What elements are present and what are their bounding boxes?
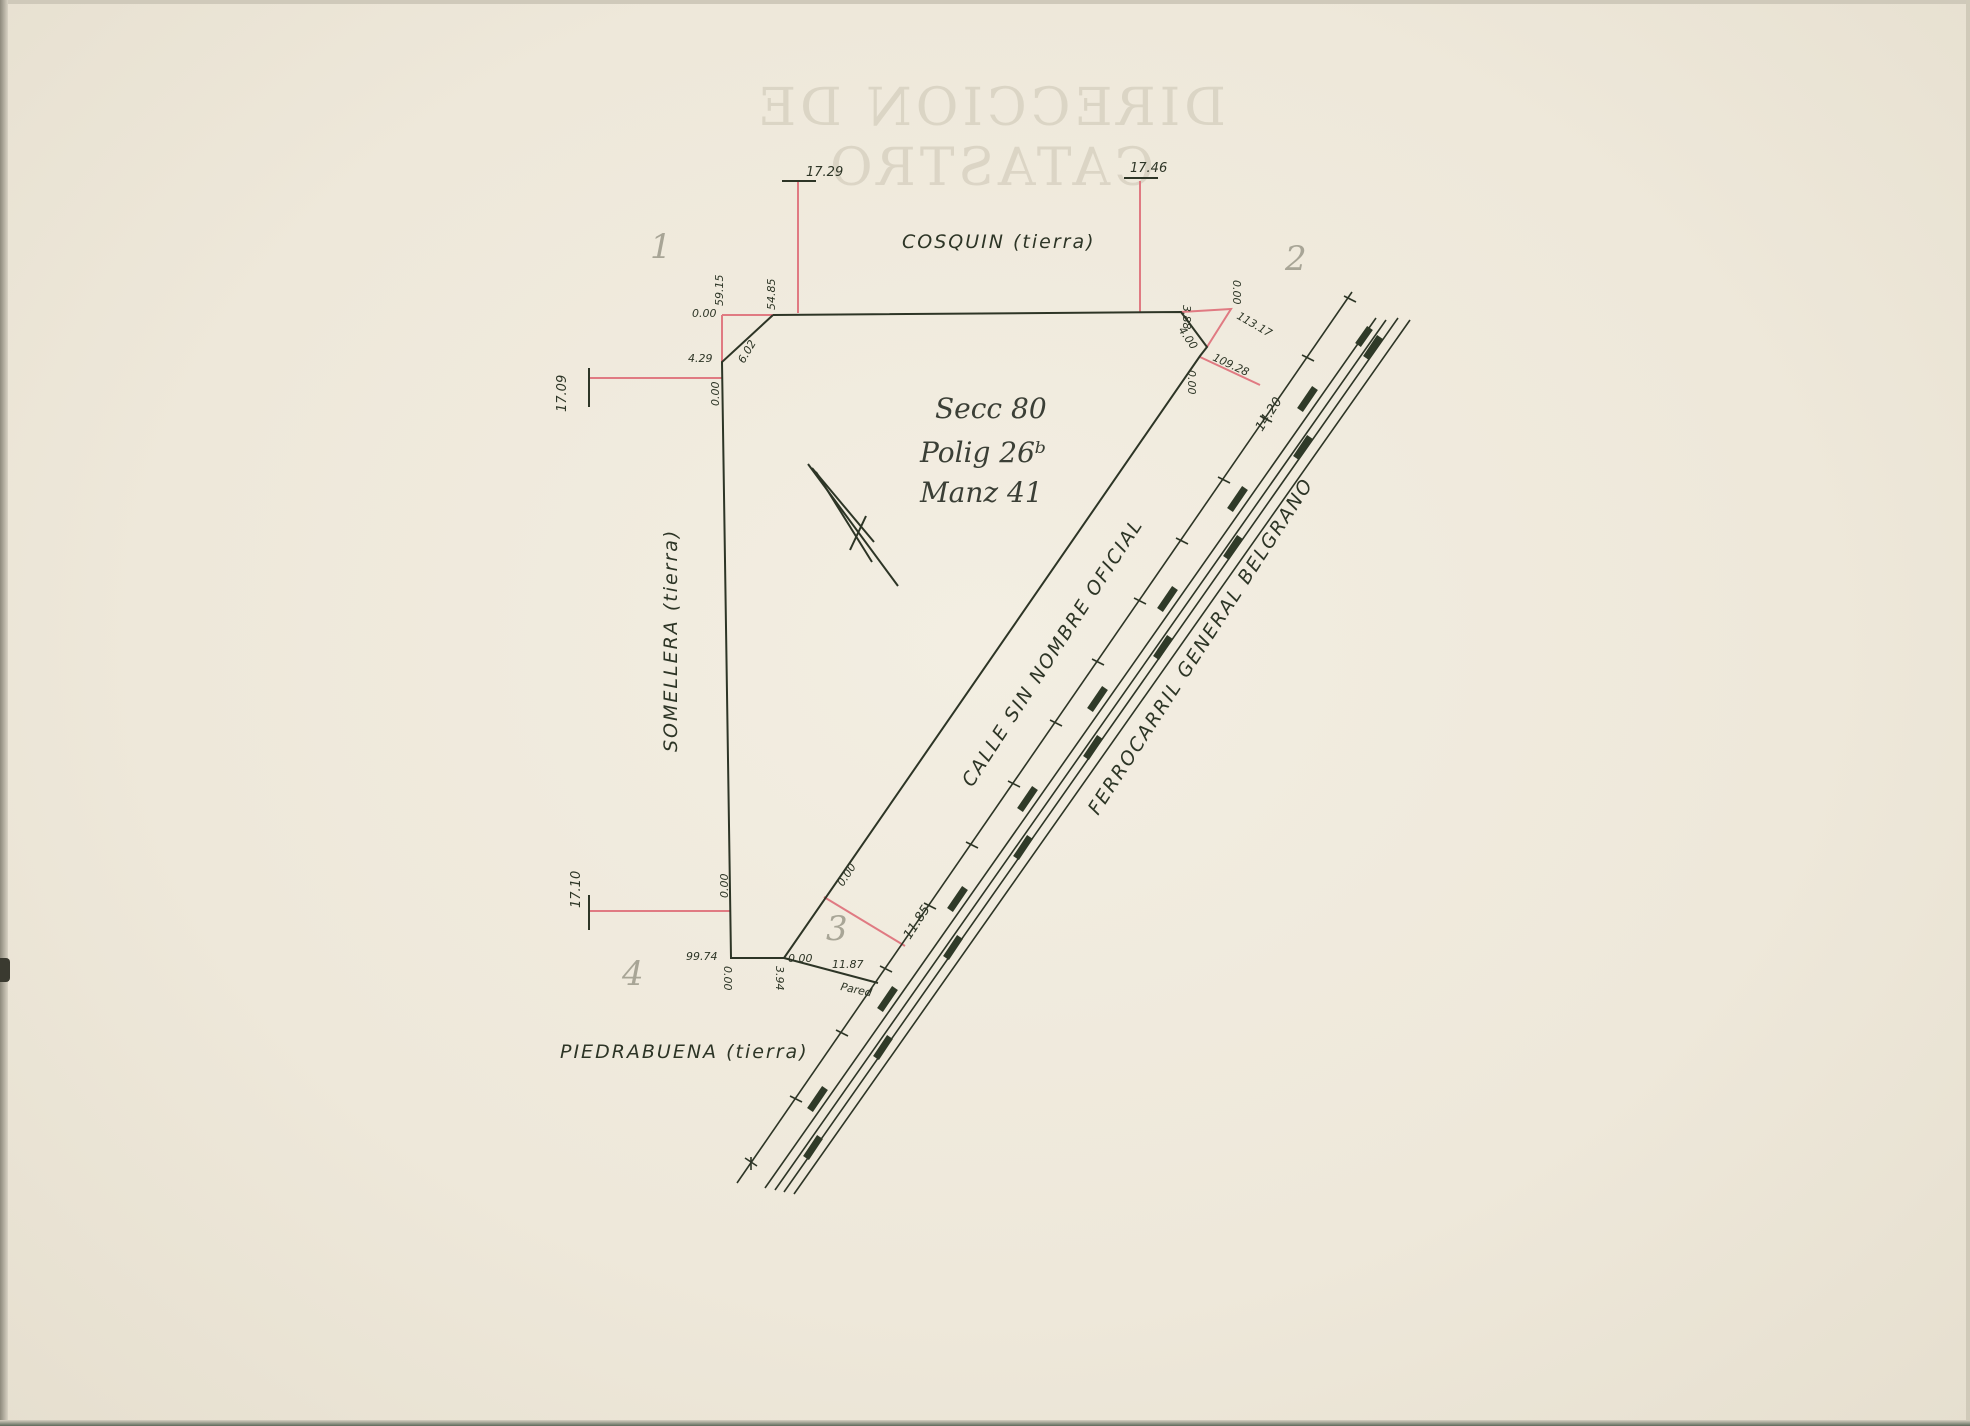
measure-394: 3.94 xyxy=(773,966,786,991)
measure-1187: 11.87 xyxy=(832,958,864,971)
measure-diag-000-upper: 0.00 xyxy=(1185,370,1198,395)
offset-cosquin-right: 17.46 xyxy=(1130,161,1167,176)
measure-10928: 109.28 xyxy=(1211,351,1251,379)
measure-tl-000: 0.00 xyxy=(692,307,717,320)
street-piedrabuena: PIEDRABUENA (tierra) xyxy=(560,1041,809,1063)
measure-bl-000: 0.00 xyxy=(721,966,734,991)
street-ferrocarril: FERROCARRIL GENERAL BELGRANO xyxy=(1084,474,1319,819)
plot-drawing: Secc 80 Polig 26ᵇ Manz 41 COSQUIN (tierr… xyxy=(0,0,1970,1426)
measure-11317: 113.17 xyxy=(1235,309,1275,340)
street-somellera: SOMELLERA (tierra) xyxy=(660,529,682,752)
orientation-mark-icon xyxy=(808,464,898,586)
pared-label: Pared xyxy=(839,980,874,1000)
pencil-mark-2: 2 xyxy=(1284,239,1307,279)
measure-5915: 59.15 xyxy=(713,275,726,307)
offset-somellera-top: 17.09 xyxy=(555,375,570,412)
measure-left-000-lower: 0.00 xyxy=(718,874,731,899)
offset-somellera-bottom: 17.10 xyxy=(569,871,584,908)
measure-5485: 54.85 xyxy=(765,279,778,311)
measure-9974: 99.74 xyxy=(686,950,718,963)
measure-tr-000: 0.00 xyxy=(1230,280,1243,305)
measure-left-000-upper: 0.00 xyxy=(709,382,722,407)
manzana-label: Manz 41 xyxy=(919,476,1043,509)
pencil-mark-1: 1 xyxy=(650,227,672,267)
scanned-sheet: DIRECCION DE CATASTRO xyxy=(0,0,1970,1426)
pencil-mark-4: 4 xyxy=(621,954,644,994)
pencil-mark-3: 3 xyxy=(826,909,848,949)
offset-rail-right: 14.20 xyxy=(1253,395,1286,434)
offset-rail-bottom: 11.85 xyxy=(901,903,934,942)
seccion-label: Secc 80 xyxy=(935,392,1047,425)
offset-cosquin-left: 17.29 xyxy=(806,165,843,180)
street-calle-sin-nombre: CALLE SIN NOMBRE OFICIAL xyxy=(958,514,1148,790)
street-cosquin: COSQUIN (tierra) xyxy=(902,231,1096,253)
measure-429: 4.29 xyxy=(688,352,713,365)
measure-400: 4.00 xyxy=(1176,324,1201,352)
measure-602: 6.02 xyxy=(735,338,759,366)
measure-diag-000-lower: 0.00 xyxy=(835,861,859,889)
measure-bottom-000: 0.00 xyxy=(788,952,813,965)
red-offset-lines xyxy=(589,181,1260,946)
poligono-label: Polig 26ᵇ xyxy=(919,436,1046,469)
